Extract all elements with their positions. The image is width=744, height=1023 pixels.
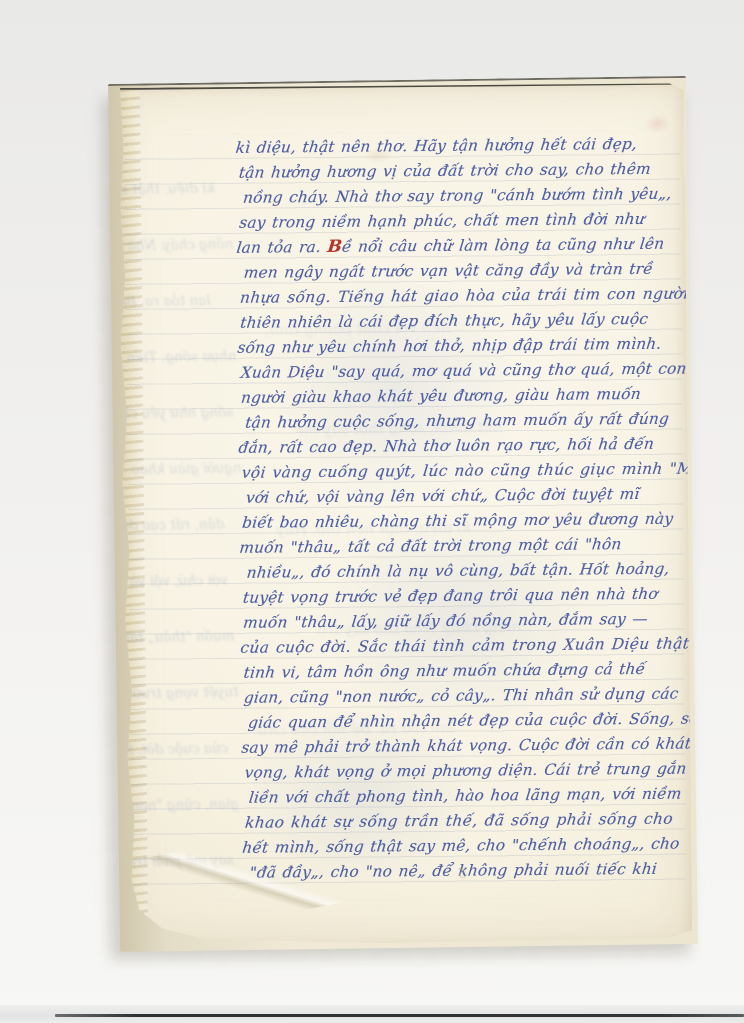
page-number-faint: 5: [457, 867, 465, 882]
handwriting-text: lan tỏa ra.: [236, 238, 329, 257]
handwriting-text: ề nổi câu chữ làm lòng ta cũng như lên: [341, 235, 665, 256]
handwriting-line: "đã đầy„, cho "no nê„ để không phải nuối…: [248, 856, 691, 885]
handwriting-lines: kì diệu, thật nên thơ. Hãy tận hưởng hết…: [238, 132, 689, 886]
notebook-page: kì diệu, thật nnồng cháy. Nhà lan tỏa ra…: [112, 83, 692, 948]
scanned-image: kì diệu, thật nnồng cháy. Nhà lan tỏa ra…: [0, 0, 744, 1023]
scanner-edge-line: [55, 1014, 744, 1017]
